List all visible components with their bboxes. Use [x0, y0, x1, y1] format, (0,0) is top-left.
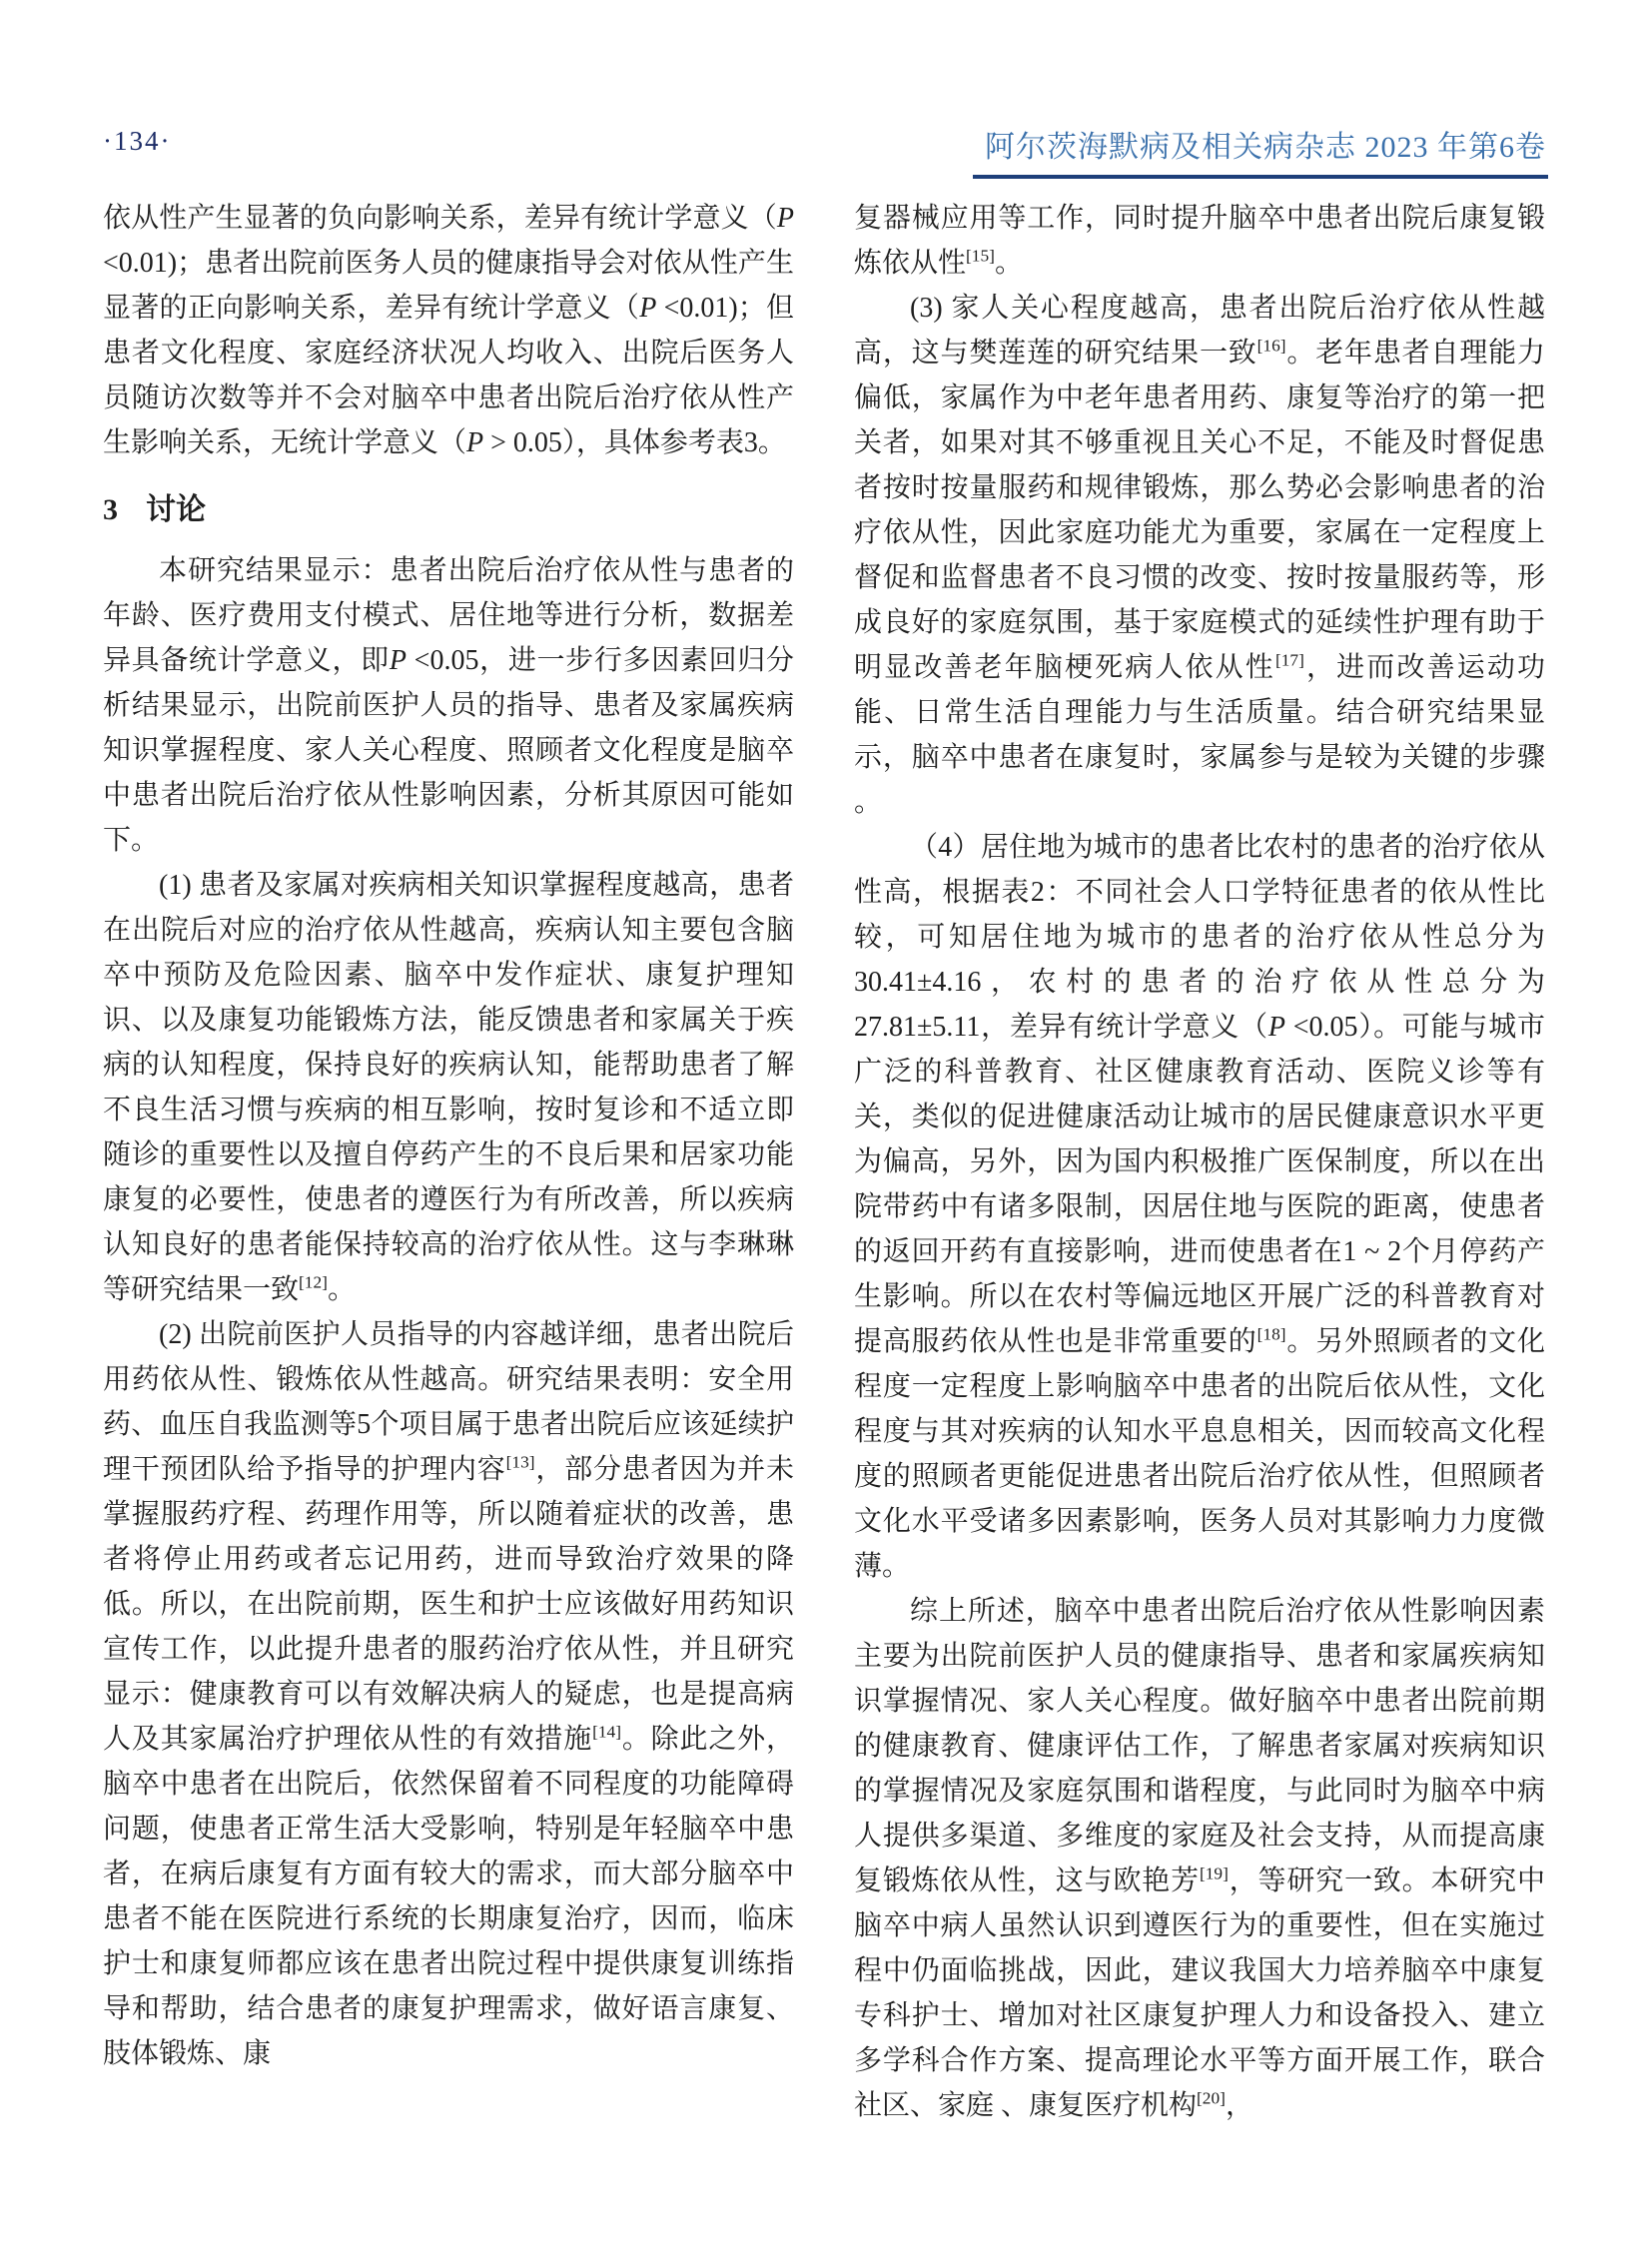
paragraph: （4）居住地为城市的患者比农村的患者的治疗依从性高，根据表2：不同社会人口学特征… — [854, 825, 1545, 1589]
left-column: 依从性产生显著的负向影响关系，差异有统计学意义（P <0.01)；患者出院前医务… — [103, 196, 794, 2128]
journal-header-title: 阿尔茨海默病及相关病杂志 2023 年第6卷 — [973, 122, 1548, 179]
right-column: 复器械应用等工作，同时提升脑卒中患者出院后康复锻炼依从性[15]。 (3) 家人… — [854, 196, 1545, 2128]
page-header: ·134· 阿尔茨海默病及相关病杂志 2023 年第6卷 — [103, 122, 1548, 179]
paragraph-continuation: 复器械应用等工作，同时提升脑卒中患者出院后康复锻炼依从性[15]。 — [854, 196, 1545, 286]
paragraph: (2) 出院前医护人员指导的内容越详细，患者出院后用药依从性、锻炼依从性越高。研… — [103, 1312, 794, 2076]
page-number: ·134· — [103, 122, 171, 157]
paragraph: (3) 家人关心程度越高，患者出院后治疗依从性越高，这与樊莲莲的研究结果一致[1… — [854, 286, 1545, 825]
paragraph-continuation: 依从性产生显著的负向影响关系，差异有统计学意义（P <0.01)；患者出院前医务… — [103, 196, 794, 465]
section-number: 3 — [103, 493, 118, 526]
article-body: 依从性产生显著的负向影响关系，差异有统计学意义（P <0.01)；患者出院前医务… — [103, 196, 1548, 2128]
section-title: 讨论 — [146, 493, 206, 526]
paragraph: 综上所述，脑卒中患者出院后治疗依从性影响因素主要为出院前医护人员的健康指导、患者… — [854, 1589, 1545, 2128]
paragraph: 本研究结果显示：患者出院后治疗依从性与患者的年龄、医疗费用支付模式、居住地等进行… — [103, 548, 794, 863]
paragraph: (1) 患者及家属对疾病相关知识掌握程度越高，患者在出院后对应的治疗依从性越高，… — [103, 863, 794, 1312]
section-heading-discussion: 3讨论 — [103, 487, 794, 532]
